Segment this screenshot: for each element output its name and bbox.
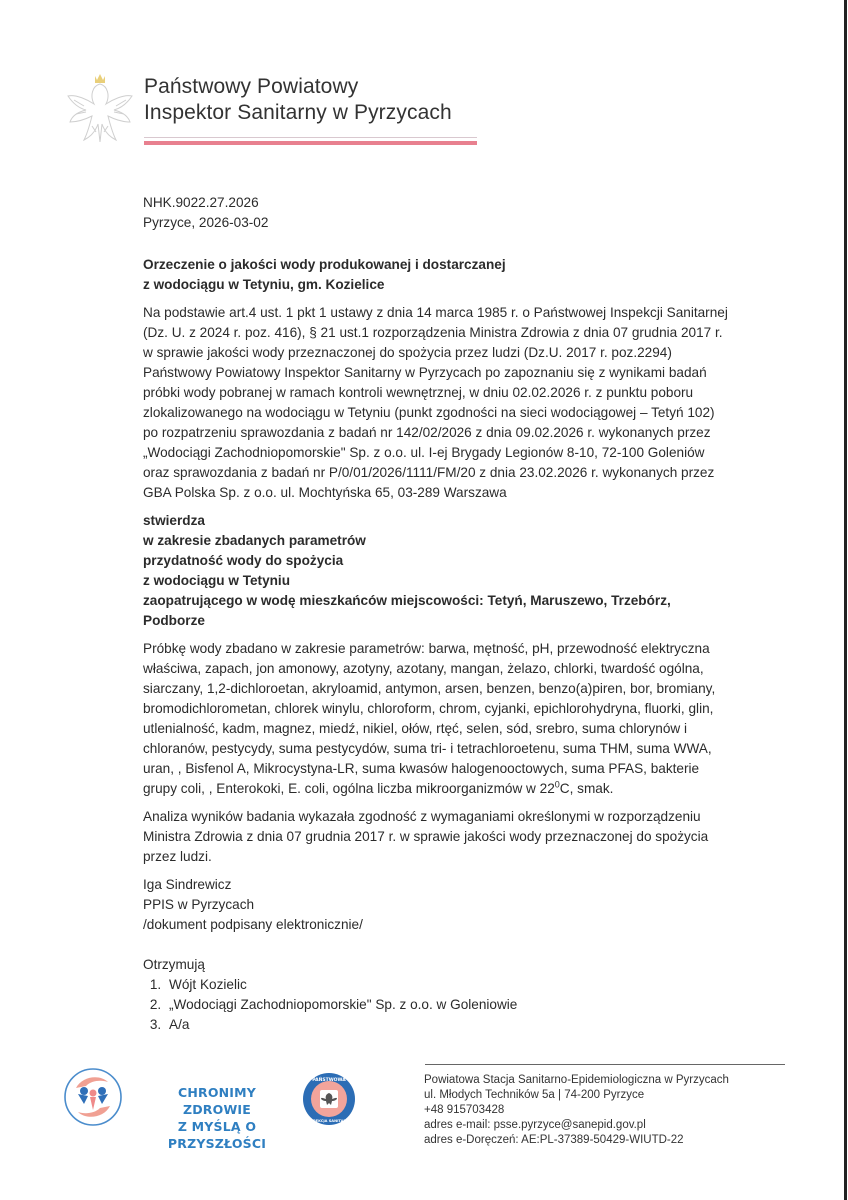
campaign-line2: Z MYŚLĄ O PRZYSZŁOŚCI — [142, 1118, 292, 1152]
parameters-text: Próbkę wody zbadano w zakresie parametró… — [143, 641, 715, 796]
document-title: Orzeczenie o jakości wody produkowanej i… — [143, 255, 733, 295]
footer-rule — [425, 1064, 785, 1065]
header-rule-thin — [144, 137, 477, 138]
finding-line: w zakresie zbadanych parametrów — [143, 531, 733, 551]
signatory-position: PPIS w Pyrzycach — [143, 895, 733, 915]
footer-address: Powiatowa Stacja Sanitarno-Epidemiologic… — [424, 1073, 794, 1148]
signature-note: /dokument podpisany elektronicznie/ — [143, 915, 733, 935]
parameters-paragraph: Próbkę wody zbadano w zakresie parametró… — [143, 639, 733, 799]
document-body: NHK.9022.27.2026 Pyrzyce, 2026-03-02 Orz… — [143, 193, 733, 1035]
finding-block: stwierdza w zakresie zbadanych parametró… — [143, 511, 733, 631]
edelivery-address: adres e-Doręczeń: AE:PL-37389-50429-WIUT… — [424, 1133, 794, 1148]
station-name: Powiatowa Stacja Sanitarno-Epidemiologic… — [424, 1073, 794, 1088]
recipients-heading: Otrzymują — [143, 955, 733, 975]
finding-line: z wodociągu w Tetyniu — [143, 571, 733, 591]
issuer-name-line2: Inspektor Sanitarny w Pyrzycach — [144, 100, 452, 126]
finding-line: przydatność wody do spożycia — [143, 551, 733, 571]
recipient-item: Wójt Kozielic — [165, 975, 733, 995]
scan-edge-line — [844, 0, 847, 1200]
recipients-list: Wójt Kozielic „Wodociągi Zachodniopomors… — [143, 975, 733, 1035]
parameters-text-end: C, smak. — [560, 781, 614, 796]
recipient-item: A/a — [165, 1015, 733, 1035]
sanitary-inspection-badge-icon: PAŃSTWOWA INSPEKCJA SANITARNA — [302, 1072, 356, 1126]
conclusion-paragraph: Analiza wyników badania wykazała zgodnoś… — [143, 807, 733, 867]
document-meta: NHK.9022.27.2026 Pyrzyce, 2026-03-02 — [143, 193, 733, 233]
place-date: Pyrzyce, 2026-03-02 — [143, 213, 733, 233]
document-title-line2: z wodociągu w Tetyniu, gm. Kozielice — [143, 275, 733, 295]
footer-logos: CHRONIMY ZDROWIE Z MYŚLĄ O PRZYSZŁOŚCI P… — [62, 1066, 362, 1136]
issuer-name-line1: Państwowy Powiatowy — [144, 74, 452, 100]
recipients-block: Otrzymują Wójt Kozielic „Wodociągi Zacho… — [143, 955, 733, 1035]
reference-number: NHK.9022.27.2026 — [143, 193, 733, 213]
finding-line: stwierdza — [143, 511, 733, 531]
phone-number: +48 915703428 — [424, 1103, 794, 1118]
signatory-name: Iga Sindrewicz — [143, 875, 733, 895]
document-title-line1: Orzeczenie o jakości wody produkowanej i… — [143, 255, 733, 275]
badge-bottom-text: INSPEKCJA SANITARNA — [306, 1119, 352, 1123]
issuer-name: Państwowy Powiatowy Inspektor Sanitarny … — [144, 74, 452, 126]
campaign-logo-icon — [62, 1066, 124, 1128]
email-address: adres e-mail: psse.pyrzyce@sanepid.gov.p… — [424, 1118, 794, 1133]
signature-block: Iga Sindrewicz PPIS w Pyrzycach /dokumen… — [143, 875, 733, 935]
header-rule-accent — [144, 141, 477, 145]
campaign-slogan: CHRONIMY ZDROWIE Z MYŚLĄ O PRZYSZŁOŚCI — [142, 1084, 292, 1152]
intro-paragraph: Na podstawie art.4 ust. 1 pkt 1 ustawy z… — [143, 303, 733, 503]
campaign-line1: CHRONIMY ZDROWIE — [142, 1084, 292, 1118]
recipient-item: „Wodociągi Zachodniopomorskie" Sp. z o.o… — [165, 995, 733, 1015]
finding-line: zaopatrującego w wodę mieszkańców miejsc… — [143, 591, 733, 631]
street-address: ul. Młodych Techników 5a | 74-200 Pyrzyc… — [424, 1088, 794, 1103]
polish-eagle-emblem-icon — [62, 66, 138, 146]
